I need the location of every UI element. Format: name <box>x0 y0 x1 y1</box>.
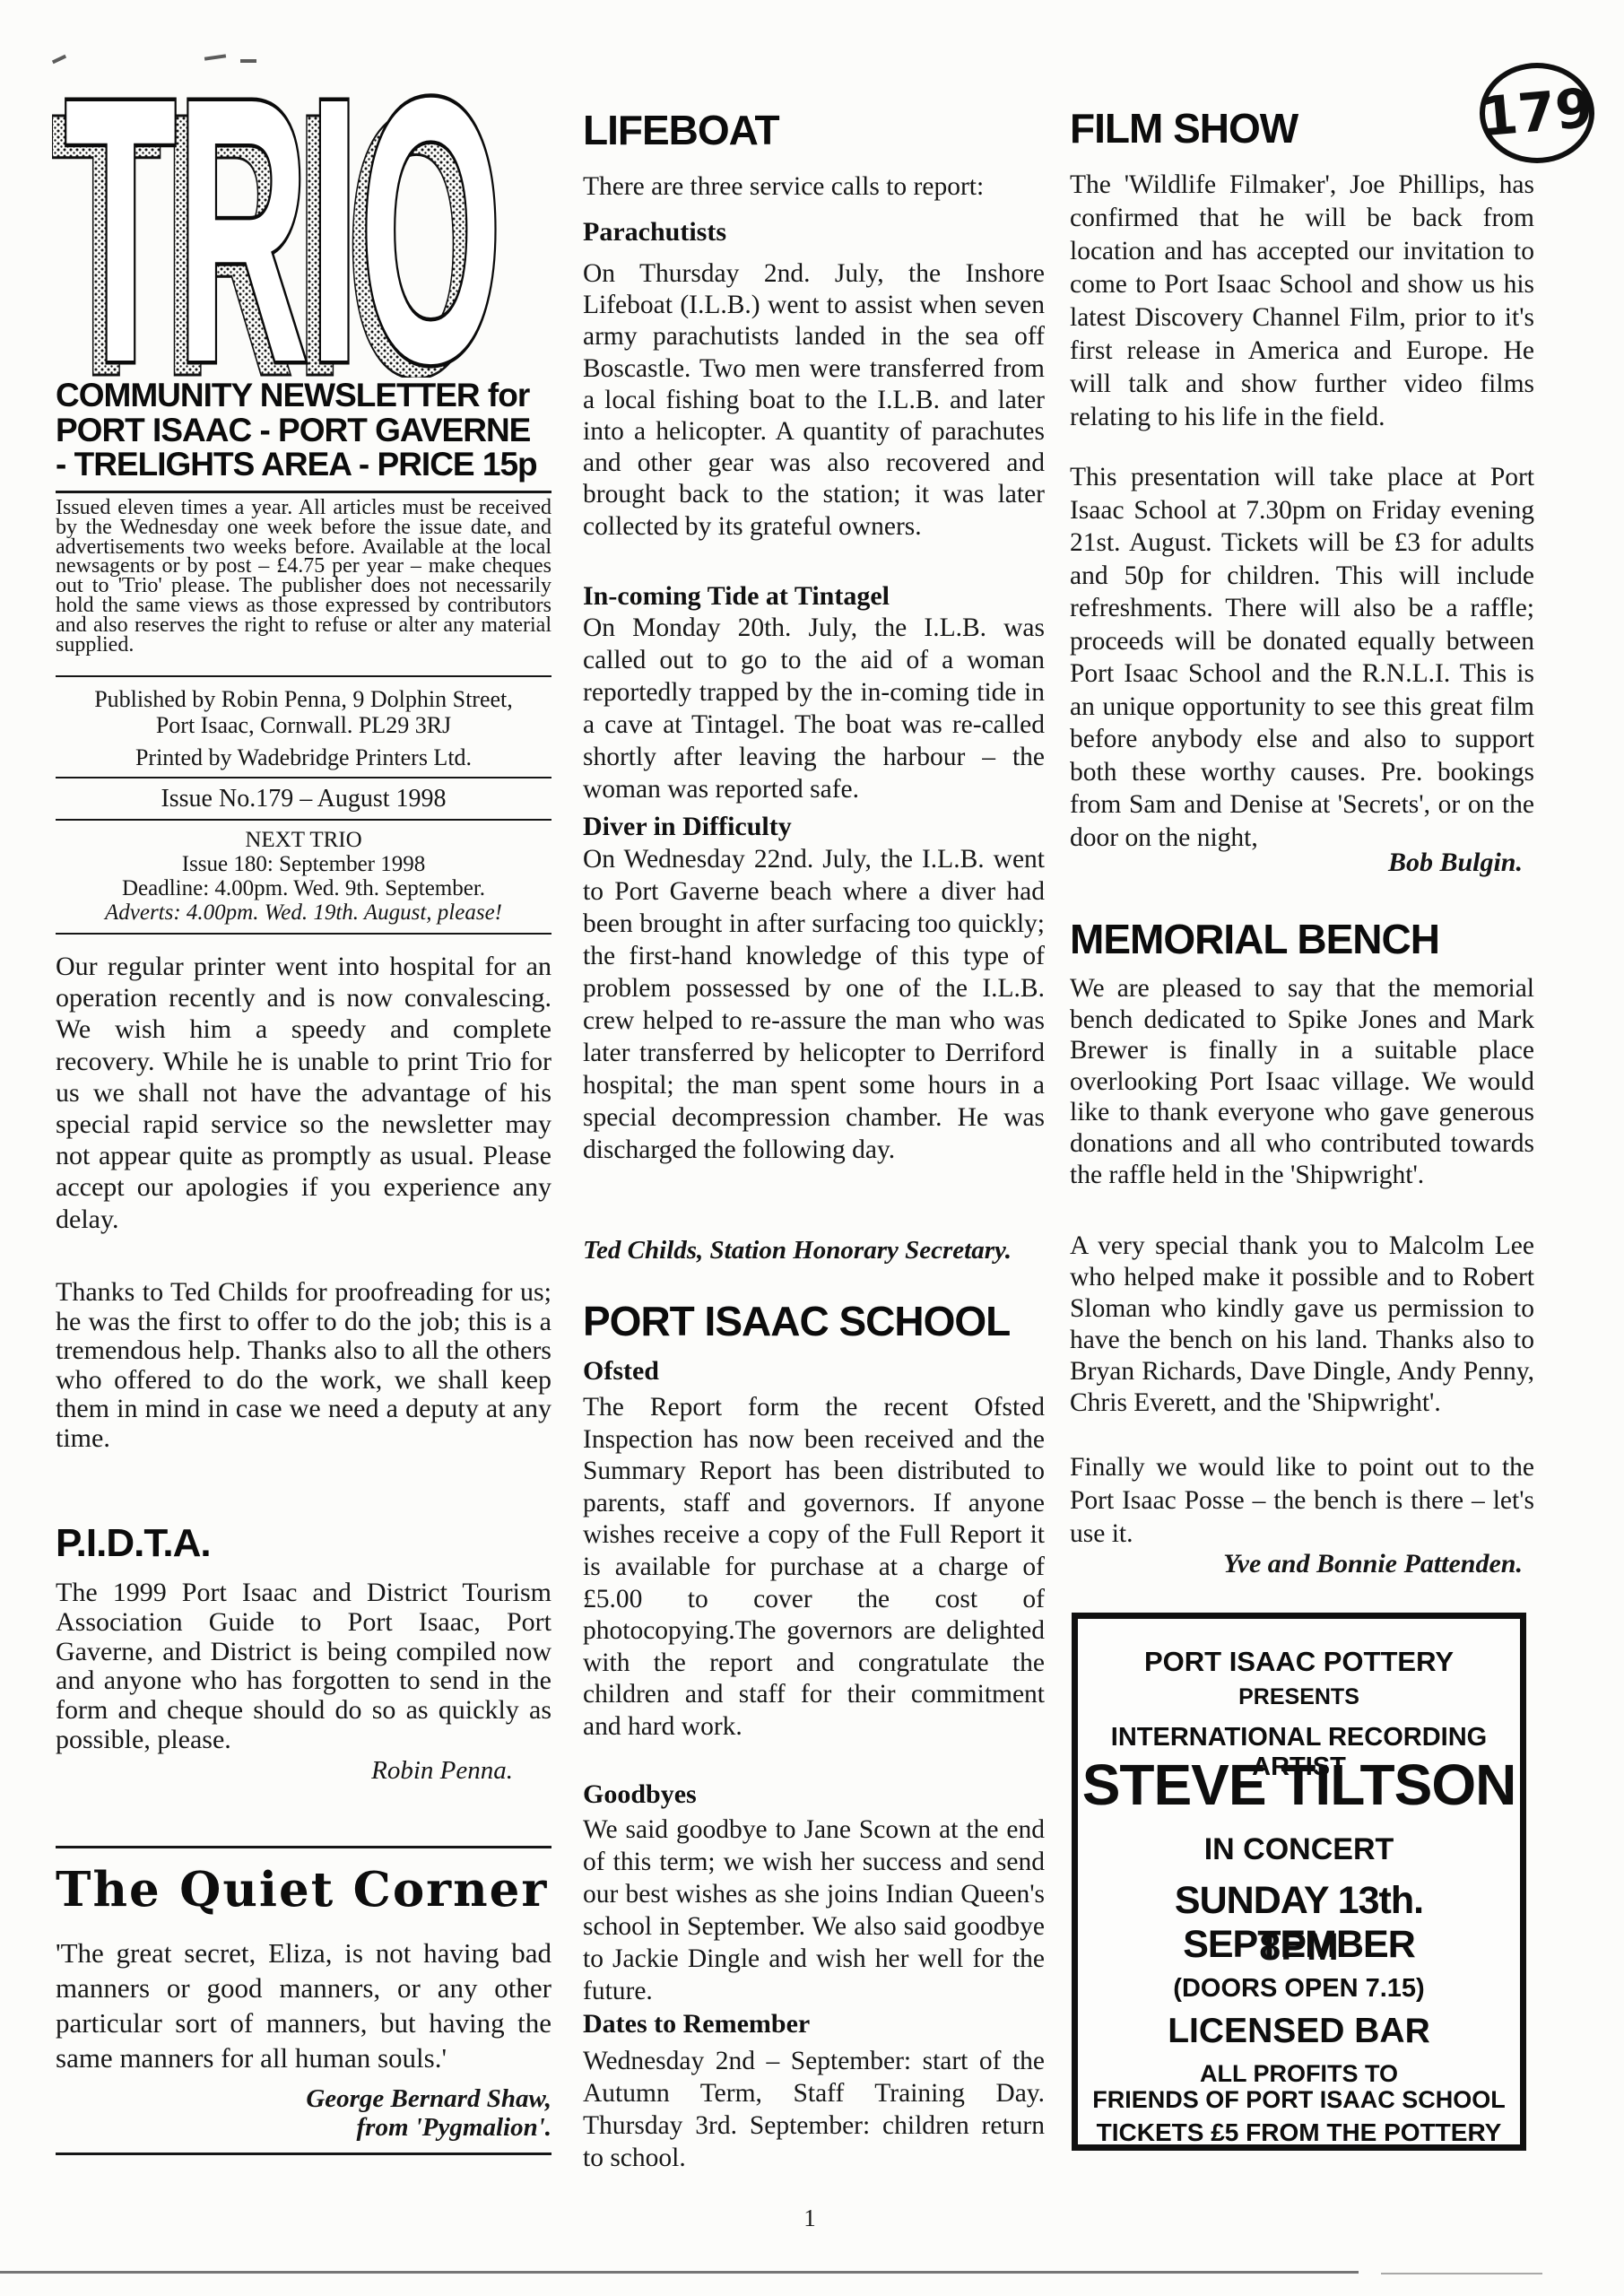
next-trio-issue: Issue 180: September 1998 <box>56 852 551 877</box>
memorial-paragraph-2: A very special thank you to Malcolm Lee … <box>1070 1231 1534 1419</box>
quiet-corner-attribution-2: from 'Pygmalion'. <box>269 2113 551 2143</box>
pottery-doors: (DOORS OPEN 7.15) <box>1078 1974 1520 2004</box>
scan-bottom-edge-2 <box>1381 2273 1542 2274</box>
film-show-heading: FILM SHOW <box>1070 104 1534 152</box>
quiet-corner-quote: 'The great secret, Eliza, is not having … <box>56 1935 551 2075</box>
pidta-signature: Robin Penna. <box>56 1756 513 1786</box>
scan-mark <box>204 54 226 60</box>
editorial-paragraph-2: Thanks to Ted Childs for proofreading fo… <box>56 1278 551 1453</box>
next-trio-adverts: Adverts: 4.00pm. Wed. 19th. August, plea… <box>56 900 551 926</box>
scan-mark <box>52 55 66 64</box>
scan-bottom-edge <box>0 2271 1359 2274</box>
published-line1: Published by Robin Penna, 9 Dolphin Stre… <box>56 687 551 712</box>
issue-line: Issue No.179 – August 1998 <box>56 785 551 813</box>
film-show-paragraph-2: This presentation will take place at Por… <box>1070 461 1534 854</box>
memorial-bench-heading: MEMORIAL BENCH <box>1070 915 1534 963</box>
next-trio-title: NEXT TRIO <box>56 828 551 853</box>
pidta-heading: P.I.D.T.A. <box>56 1521 551 1566</box>
printed-line: Printed by Wadebridge Printers Ltd. <box>56 745 551 770</box>
masthead-subtitle-line3: - TRELIGHTS AREA - PRICE 15p <box>56 446 551 483</box>
masthead-rule-top <box>56 491 551 493</box>
lifeboat-paragraph-3: On Wednesday 22nd. July, the I.L.B. went… <box>583 843 1045 1166</box>
pottery-in-concert: IN CONCERT <box>1078 1832 1520 1867</box>
school-heading: PORT ISAAC SCHOOL <box>583 1297 1045 1345</box>
film-show-signature: Bob Bulgin. <box>1070 848 1523 878</box>
quiet-corner-rule-top <box>56 1846 551 1848</box>
pottery-profits-1: ALL PROFITS TO <box>1078 2060 1520 2088</box>
published-line2: Port Isaac, Cornwall. PL29 3RJ <box>56 713 551 738</box>
next-trio-deadline: Deadline: 4.00pm. Wed. 9th. September. <box>56 876 551 901</box>
memorial-paragraph-3: Finally we would like to point out to th… <box>1070 1451 1534 1551</box>
pottery-artist-name: STEVE TILTSON <box>1078 1752 1520 1818</box>
school-subhead-ofsted: Ofsted <box>583 1356 1045 1387</box>
masthead-subtitle-line1: COMMUNITY NEWSLETTER for <box>56 377 551 414</box>
masthead-rule-policy <box>56 675 551 677</box>
pidta-body: The 1999 Port Isaac and District Tourism… <box>56 1578 551 1755</box>
memorial-paragraph-1: We are pleased to say that the memorial … <box>1070 973 1534 1190</box>
lifeboat-paragraph-2: On Monday 20th. July, the I.L.B. was cal… <box>583 612 1045 805</box>
pottery-tickets: TICKETS £5 FROM THE POTTERY <box>1078 2118 1520 2147</box>
quiet-corner-heading: The Quiet Corner <box>56 1862 551 1918</box>
scan-mark <box>240 59 256 63</box>
editorial-paragraph-1: Our regular printer went into hospital f… <box>56 951 551 1235</box>
pottery-advert: PORT ISAAC POTTERY PRESENTS INTERNATIONA… <box>1072 1613 1526 2151</box>
school-paragraph-1: The Report form the recent Ofsted Inspec… <box>583 1392 1045 1744</box>
film-show-paragraph-1: The 'Wildlife Filmaker', Joe Phillips, h… <box>1070 169 1534 434</box>
pottery-profits-2: FRIENDS OF PORT ISAAC SCHOOL <box>1078 2086 1520 2114</box>
lifeboat-intro: There are three service calls to report: <box>583 172 1045 202</box>
lifeboat-subhead-tintagel: In-coming Tide at Tintagel <box>583 581 1045 612</box>
lifeboat-heading: LIFEBOAT <box>583 106 1045 154</box>
school-paragraph-3: Wednesday 2nd – September: start of the … <box>583 2045 1045 2174</box>
school-paragraph-2: We said goodbye to Jane Scown at the end… <box>583 1813 1045 2007</box>
quiet-corner-rule-bottom <box>56 2152 551 2155</box>
school-subhead-dates: Dates to Remember <box>583 2009 1045 2039</box>
school-subhead-goodbyes: Goodbyes <box>583 1779 1045 1810</box>
pottery-presenter: PORT ISAAC POTTERY <box>1078 1646 1520 1678</box>
memorial-signature: Yve and Bonnie Pattenden. <box>1070 1549 1523 1579</box>
lifeboat-paragraph-1: On Thursday 2nd. July, the Inshore Lifeb… <box>583 258 1045 543</box>
masthead-subtitle-line2: PORT ISAAC - PORT GAVERNE <box>56 412 551 449</box>
masthead-policy: Issued eleven times a year. All articles… <box>56 499 551 655</box>
pottery-presents: PRESENTS <box>1078 1684 1520 1710</box>
page-number: 1 <box>796 2205 823 2232</box>
pottery-bar: LICENSED BAR <box>1078 2012 1520 2051</box>
trio-logo-text: TRIO <box>65 77 502 378</box>
lifeboat-subhead-diver: Diver in Difficulty <box>583 812 1045 842</box>
lifeboat-subhead-parachutists: Parachutists <box>583 217 1045 248</box>
pottery-time: 8PM <box>1078 1926 1520 1970</box>
issue-rule-bottom <box>56 819 551 821</box>
trio-logo: TRIO TRIO <box>52 77 518 378</box>
issue-rule-top <box>56 777 551 778</box>
quiet-corner-attribution-1: George Bernard Shaw, <box>269 2084 551 2114</box>
newsletter-page: TRIO TRIO COMMUNITY NEWSLETTER for PORT … <box>0 0 1624 2296</box>
next-trio-rule <box>56 933 551 935</box>
lifeboat-signature: Ted Childs, Station Honorary Secretary. <box>583 1236 1045 1265</box>
